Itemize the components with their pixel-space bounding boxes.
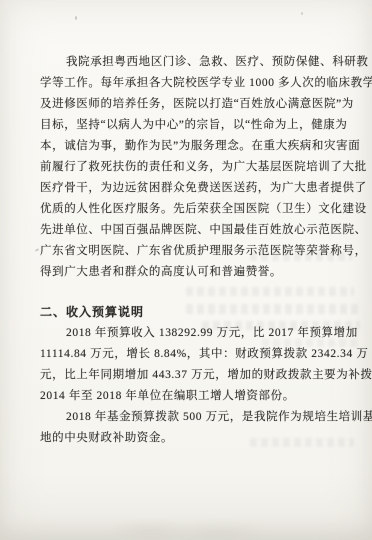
body-line: 元，比上年同期增加 443.37 万元，增加的财政拨款主要为补拨 (40, 365, 334, 386)
body-line: 前履行了救死扶伤的责任和义务，为广大基层医院培训了大批 (40, 157, 334, 178)
paragraph-income-budget: 2018 年预算收入 138292.99 万元，比 2017 年预算增加 111… (40, 323, 334, 407)
paragraph-hospital-overview: 我院承担粤西地区门诊、急救、医疗、预防保健、科研教 学等工作。每年承担各大院校医… (40, 52, 334, 283)
body-line: 目标，坚持“以病人为中心”的宗旨，以“性命为上，健康为 (40, 115, 334, 136)
body-line: 本，诚信为事，勤作为民”为服务理念。在重大疾病和灾害面 (40, 136, 334, 157)
body-line: 地的中央财政补助资金。 (40, 428, 334, 449)
scanned-document-page: 我院承担粤西地区门诊、急救、医疗、预防保健、科研教 学等工作。每年承担各大院校医… (0, 0, 372, 540)
section-heading-income-budget: 二、收入预算说明 (40, 302, 334, 323)
scan-speck (75, 16, 77, 20)
paragraph-fund-budget: 2018 年基金预算拨款 500 万元，是我院作为规培生培训基 地的中央财政补助… (40, 407, 334, 449)
body-line: 2018 年基金预算拨款 500 万元，是我院作为规培生培训基 (40, 407, 334, 428)
body-line: 医疗骨干，为边远贫困群众免费送医送药，为广大患者提供了 (40, 178, 334, 199)
body-line: 11114.84 万元，增长 8.84%，其中：财政预算拨款 2342.34 万 (40, 344, 334, 365)
document-body: 我院承担粤西地区门诊、急救、医疗、预防保健、科研教 学等工作。每年承担各大院校医… (40, 52, 334, 449)
body-line: 2018 年预算收入 138292.99 万元，比 2017 年预算增加 (40, 323, 334, 344)
body-line: 优质的人性化医疗服务。先后荣获全国医院（卫生）文化建设 (40, 199, 334, 220)
paper-shading (0, 470, 372, 540)
body-line: 及进修医师的培养任务，医院以打造“百姓放心满意医院”为 (40, 94, 334, 115)
body-line: 学等工作。每年承担各大院校医学专业 1000 多人次的临床教学 (40, 73, 334, 94)
body-line: 得到广大患者和群众的高度认可和普遍赞誉。 (40, 262, 334, 283)
scan-speck (35, 248, 39, 252)
scan-speck (301, 12, 303, 15)
body-line: 我院承担粤西地区门诊、急救、医疗、预防保健、科研教 (40, 52, 334, 73)
body-line: 2014 年至 2018 年单位在编职工增人增资部份。 (40, 386, 334, 407)
body-line: 广东省文明医院、广东省优质护理服务示范医院等荣誉称号， (40, 241, 334, 262)
body-line: 先进单位、中国百强品牌医院、中国最佳百姓放心示范医院、 (40, 220, 334, 241)
